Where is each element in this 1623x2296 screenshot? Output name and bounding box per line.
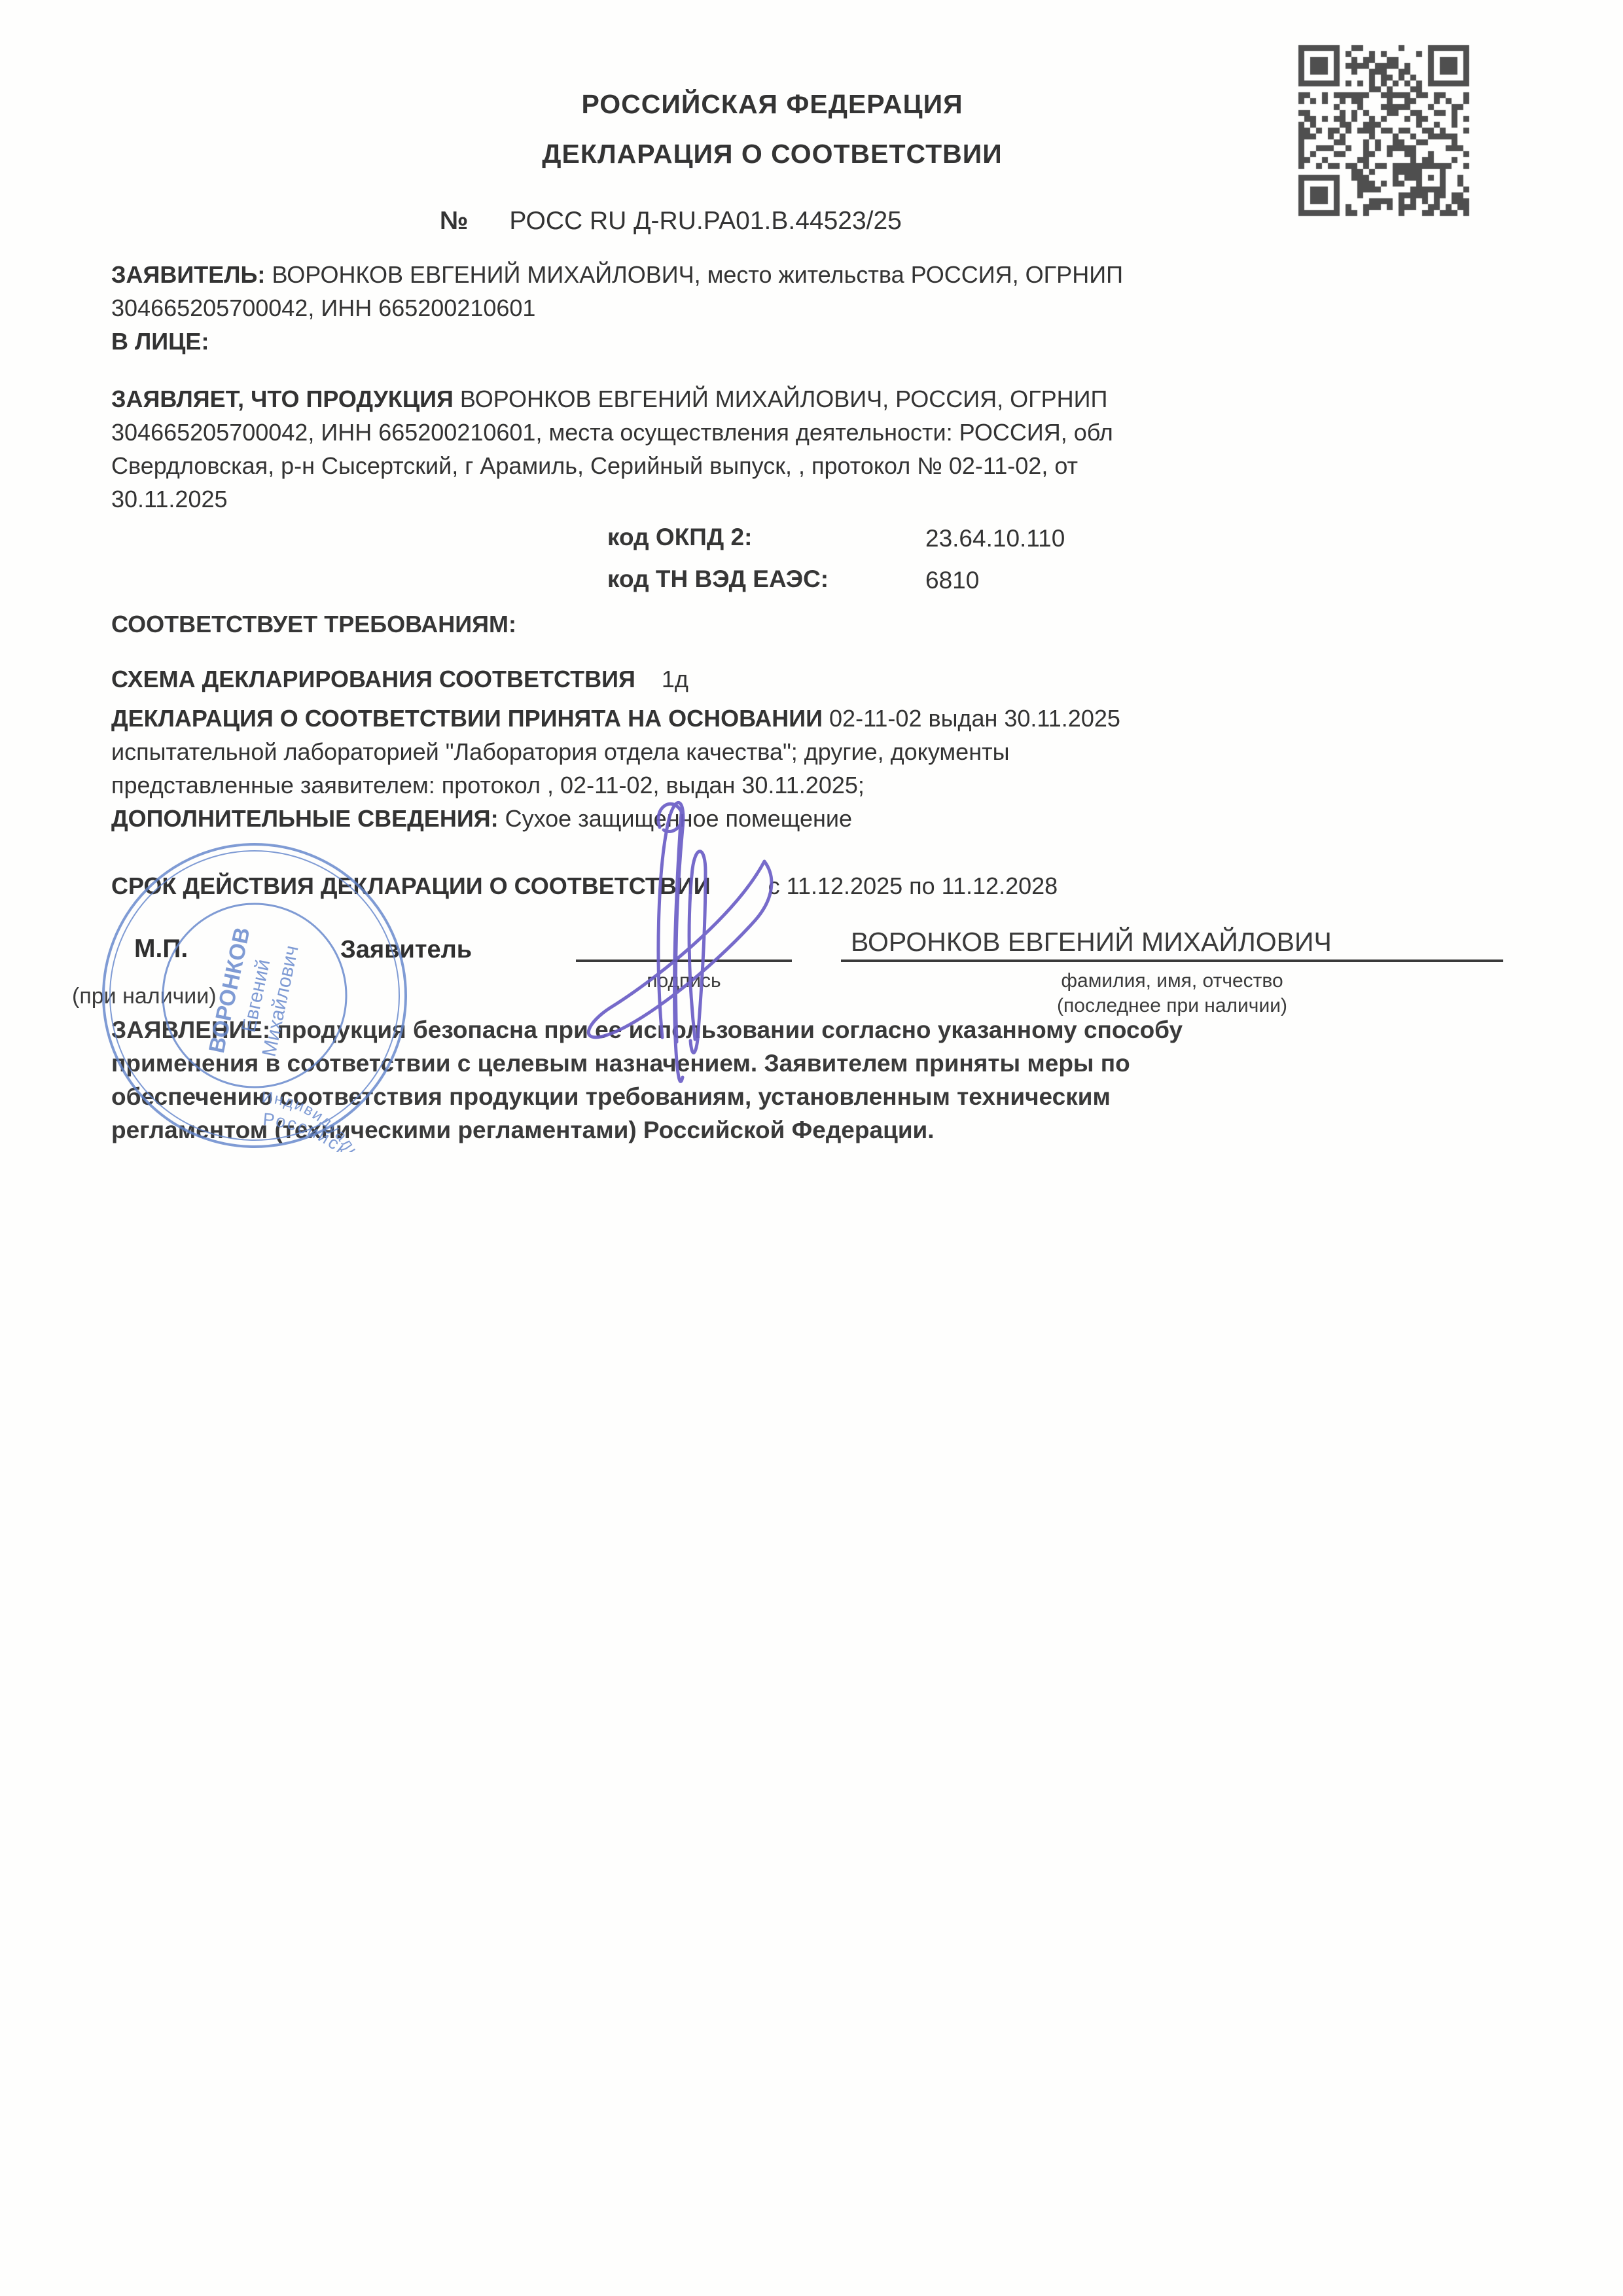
country-title: РОССИЙСКАЯ ФЕДЕРАЦИЯ (111, 89, 1433, 120)
product-line: ЗАЯВЛЯЕТ, ЧТО ПРОДУКЦИЯ ВОРОНКОВ ЕВГЕНИЙ… (111, 382, 1113, 416)
scheme-row: СХЕМА ДЕКЛАРИРОВАНИЯ СООТВЕТСТВИЯ 1д (111, 662, 688, 696)
doc-number-label: № (440, 207, 468, 235)
scheme-label: СХЕМА ДЕКЛАРИРОВАНИЯ СООТВЕТСТВИЯ (111, 666, 635, 692)
handwritten-signature (563, 779, 838, 1106)
applicant-section: ЗАЯВИТЕЛЬ: ВОРОНКОВ ЕВГЕНИЙ МИХАЙЛОВИЧ, … (111, 258, 1123, 358)
applicant-line: 304665205700042, ИНН 665200210601 (111, 291, 1123, 325)
declaration-document: РОССИЙСКАЯ ФЕДЕРАЦИЯ ДЕКЛАРАЦИЯ О СООТВЕ… (0, 0, 1623, 2296)
basis-line: испытательной лабораторией "Лаборатория … (111, 735, 1120, 768)
doc-title: ДЕКЛАРАЦИЯ О СООТВЕТСТВИИ (111, 139, 1433, 170)
company-stamp: Российская Федерация, Сысертский район ✳… (98, 839, 411, 1152)
doc-number-row: № РОСС RU Д-RU.РА01.В.44523/25 (440, 207, 902, 236)
scheme-value: 1д (662, 666, 688, 692)
stamp-center-name: ВОРОНКОВ Евгений Михайлович (204, 925, 304, 1066)
name-line (841, 960, 1503, 962)
product-line: 30.11.2025 (111, 482, 1113, 516)
okpd-label: код ОКПД 2: (607, 524, 752, 551)
signer-name: ВОРОНКОВ ЕВГЕНИЙ МИХАЙЛОВИЧ (851, 927, 1332, 958)
product-line: 304665205700042, ИНН 665200210601, места… (111, 416, 1113, 449)
applicant-line: ЗАЯВИТЕЛЬ: ВОРОНКОВ ЕВГЕНИЙ МИХАЙЛОВИЧ, … (111, 258, 1123, 291)
basis-line: ДЕКЛАРАЦИЯ О СООТВЕТСТВИИ ПРИНЯТА НА ОСН… (111, 702, 1120, 735)
in-person-label: В ЛИЦЕ: (111, 325, 1123, 358)
product-section: ЗАЯВЛЯЕТ, ЧТО ПРОДУКЦИЯ ВОРОНКОВ ЕВГЕНИЙ… (111, 382, 1113, 516)
name-caption-1: фамилия, имя, отчество (841, 970, 1503, 992)
product-line: Свердловская, р-н Сысертский, г Арамиль,… (111, 449, 1113, 482)
tnved-value: 6810 (925, 567, 979, 594)
doc-number-value: РОСС RU Д-RU.РА01.В.44523/25 (509, 207, 902, 235)
tnved-label: код ТН ВЭД ЕАЭС: (607, 565, 829, 593)
okpd-value: 23.64.10.110 (925, 525, 1065, 552)
requirements-label: СООТВЕТСТВУЕТ ТРЕБОВАНИЯМ: (111, 607, 516, 641)
qr-code (1291, 38, 1477, 224)
